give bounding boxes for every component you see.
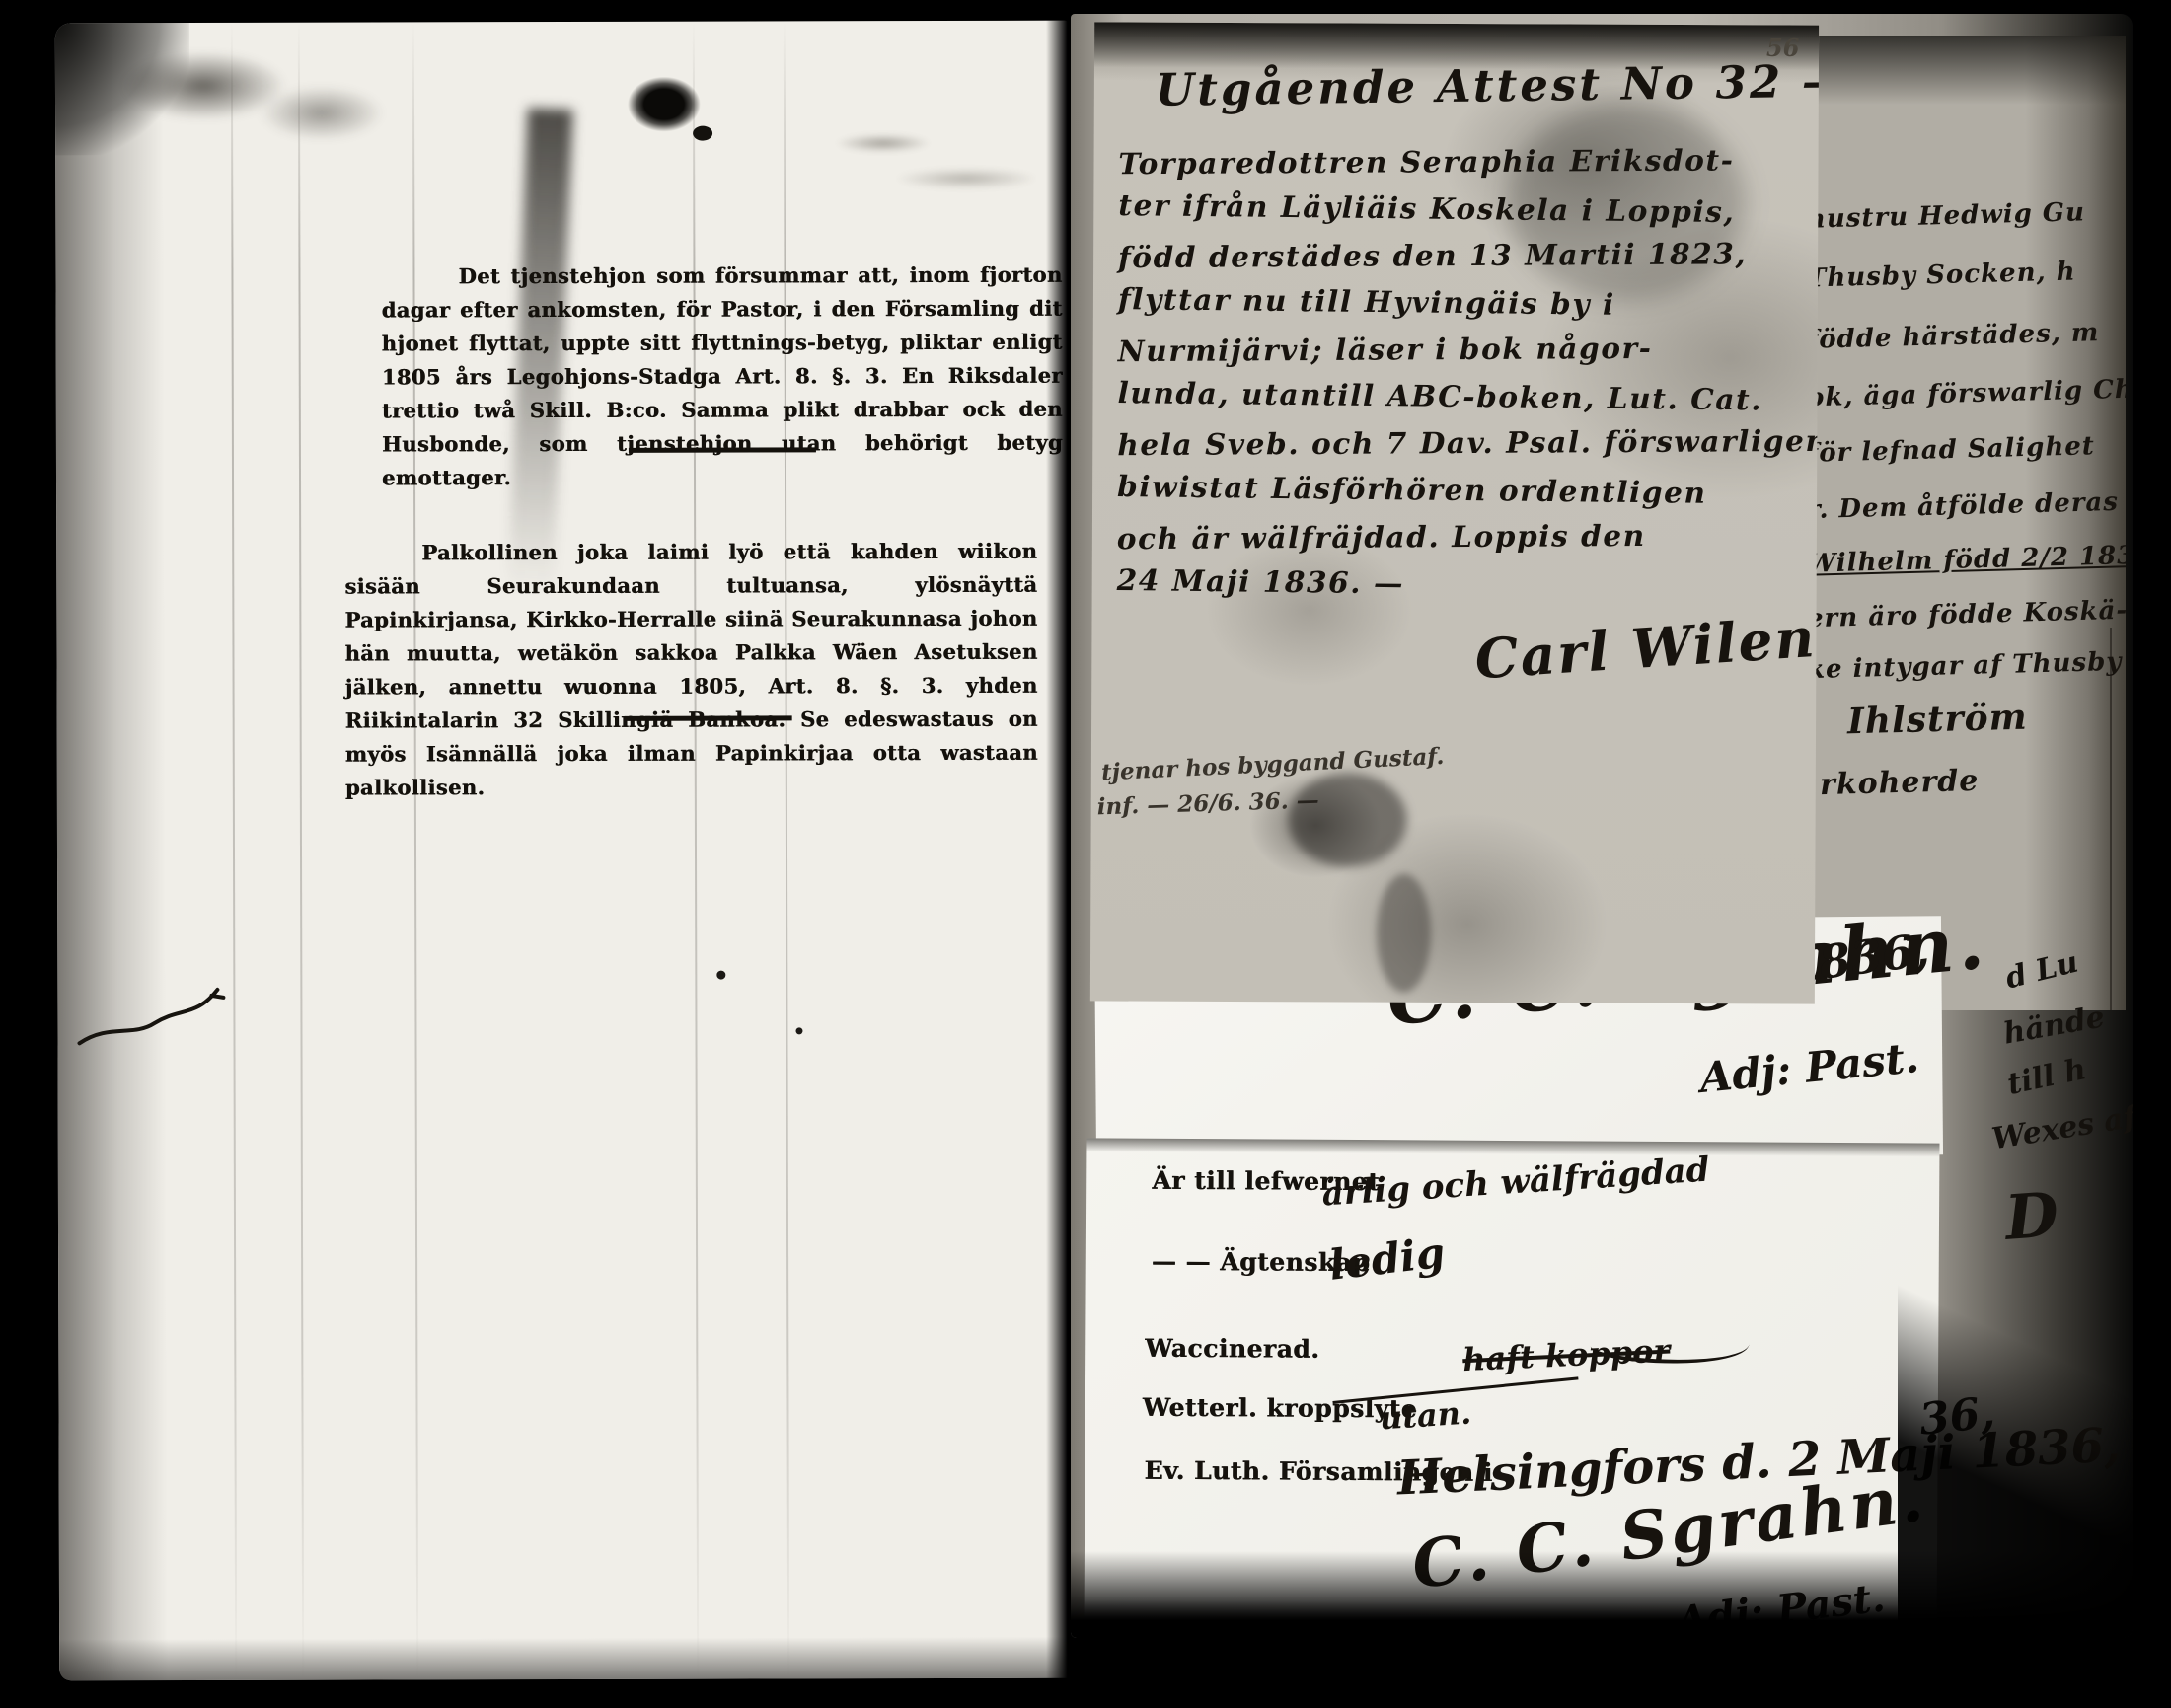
top-left-smudge — [114, 30, 411, 169]
printed-paragraph-finnish: Palkollinen joka laimi lyö että kahden w… — [344, 535, 1038, 805]
fragment-line: ok, äga förswarlig Ch — [1812, 375, 2126, 413]
ink-stain — [1508, 103, 1746, 301]
fragment-line: födde härstädes, m — [1812, 318, 2100, 355]
attest-document: Utgående Attest No 32 — Torparedottren S… — [1090, 22, 1819, 1003]
edge-fragment: Wexes af — [1989, 1100, 2133, 1157]
corner-shadow — [1898, 1227, 2133, 1638]
divider-rule — [629, 447, 816, 452]
ihlstrom-signature: Ihlström — [1846, 697, 2028, 743]
page-number: 56 — [1766, 34, 1799, 62]
form-value-bodily-defect: utan. — [1379, 1394, 1472, 1438]
book-scan: Det tjenstehjon som försummar att, inom … — [0, 0, 2171, 1708]
fragment-line: Thusby Socken, h — [1812, 257, 2076, 293]
attest-line: och är wälfräjdad. Loppis den — [1117, 517, 1813, 568]
ihlstrom-signature-title: rkoherde — [1820, 764, 1980, 802]
attest-line: biwistat Läsförhören ordentligen — [1117, 469, 1813, 523]
right-page: hustru Hedwig Gu Thusby Socken, h födde … — [1071, 14, 2133, 1638]
fragment-line: hustru Hedwig Gu — [1812, 197, 2085, 234]
attest-line: lunda, utantill ABC-boken, Lut. Cat. — [1117, 375, 1813, 429]
page-crease — [298, 23, 304, 1680]
fragment-line-wilhelm: Wilhelm född 2/2 1830. — [1812, 540, 2126, 578]
fragment-line: r. Dem åtfölde deras — [1812, 487, 2119, 525]
form-value-marriage: ledig — [1326, 1228, 1447, 1290]
fragment-line: för lefnad Salighet — [1812, 431, 2095, 469]
fragment-line: ke intygar af Thusby — [1812, 647, 2123, 685]
divider-rule — [625, 715, 792, 720]
ink-stain — [1288, 773, 1406, 867]
speck — [795, 1027, 802, 1034]
ink-dot — [693, 126, 712, 141]
attest-line: Nurmijärvi; läser i bok någor- — [1118, 330, 1814, 381]
attest-line: 24 Maji 1836. — — [1116, 562, 1812, 617]
pen-squiggle — [73, 958, 251, 1057]
attest-line: hela Sveb. och 7 Dav. Psal. förswarligen… — [1117, 423, 1813, 475]
ink-stain — [1377, 874, 1432, 993]
margin-annotation-date: inf. — 26/6. 36. — — [1096, 786, 1319, 820]
form-value-conduct: ärlig och wälfrägdad — [1320, 1151, 1710, 1215]
margin-annotation: tjenar hos byggand Gustaf. — [1100, 743, 1445, 786]
sgrahn-signature-title: Adj: Past. — [1697, 1033, 1920, 1102]
form-label-vaccinated: Waccinerad. — [1145, 1334, 1319, 1364]
attest-line: flyttar nu till Hyvingäis by i — [1118, 281, 1814, 335]
speck — [716, 971, 725, 980]
page-crease — [231, 23, 237, 1680]
attest-title: Utgående Attest No 32 — — [1156, 55, 1820, 116]
document-border-line — [2110, 628, 2112, 1010]
faint-print-smudge — [800, 102, 1074, 221]
left-page: Det tjenstehjon som försummar att, inom … — [55, 21, 1074, 1681]
fragment-line: ern äro födde Koskä- — [1812, 596, 2126, 634]
edge-fragment: till h — [2004, 1052, 2089, 1102]
underlying-attest-document: hustru Hedwig Gu Thusby Socken, h födde … — [1812, 36, 2126, 1010]
printed-paragraph-swedish: Det tjenstehjon som försummar att, inom … — [381, 259, 1063, 495]
